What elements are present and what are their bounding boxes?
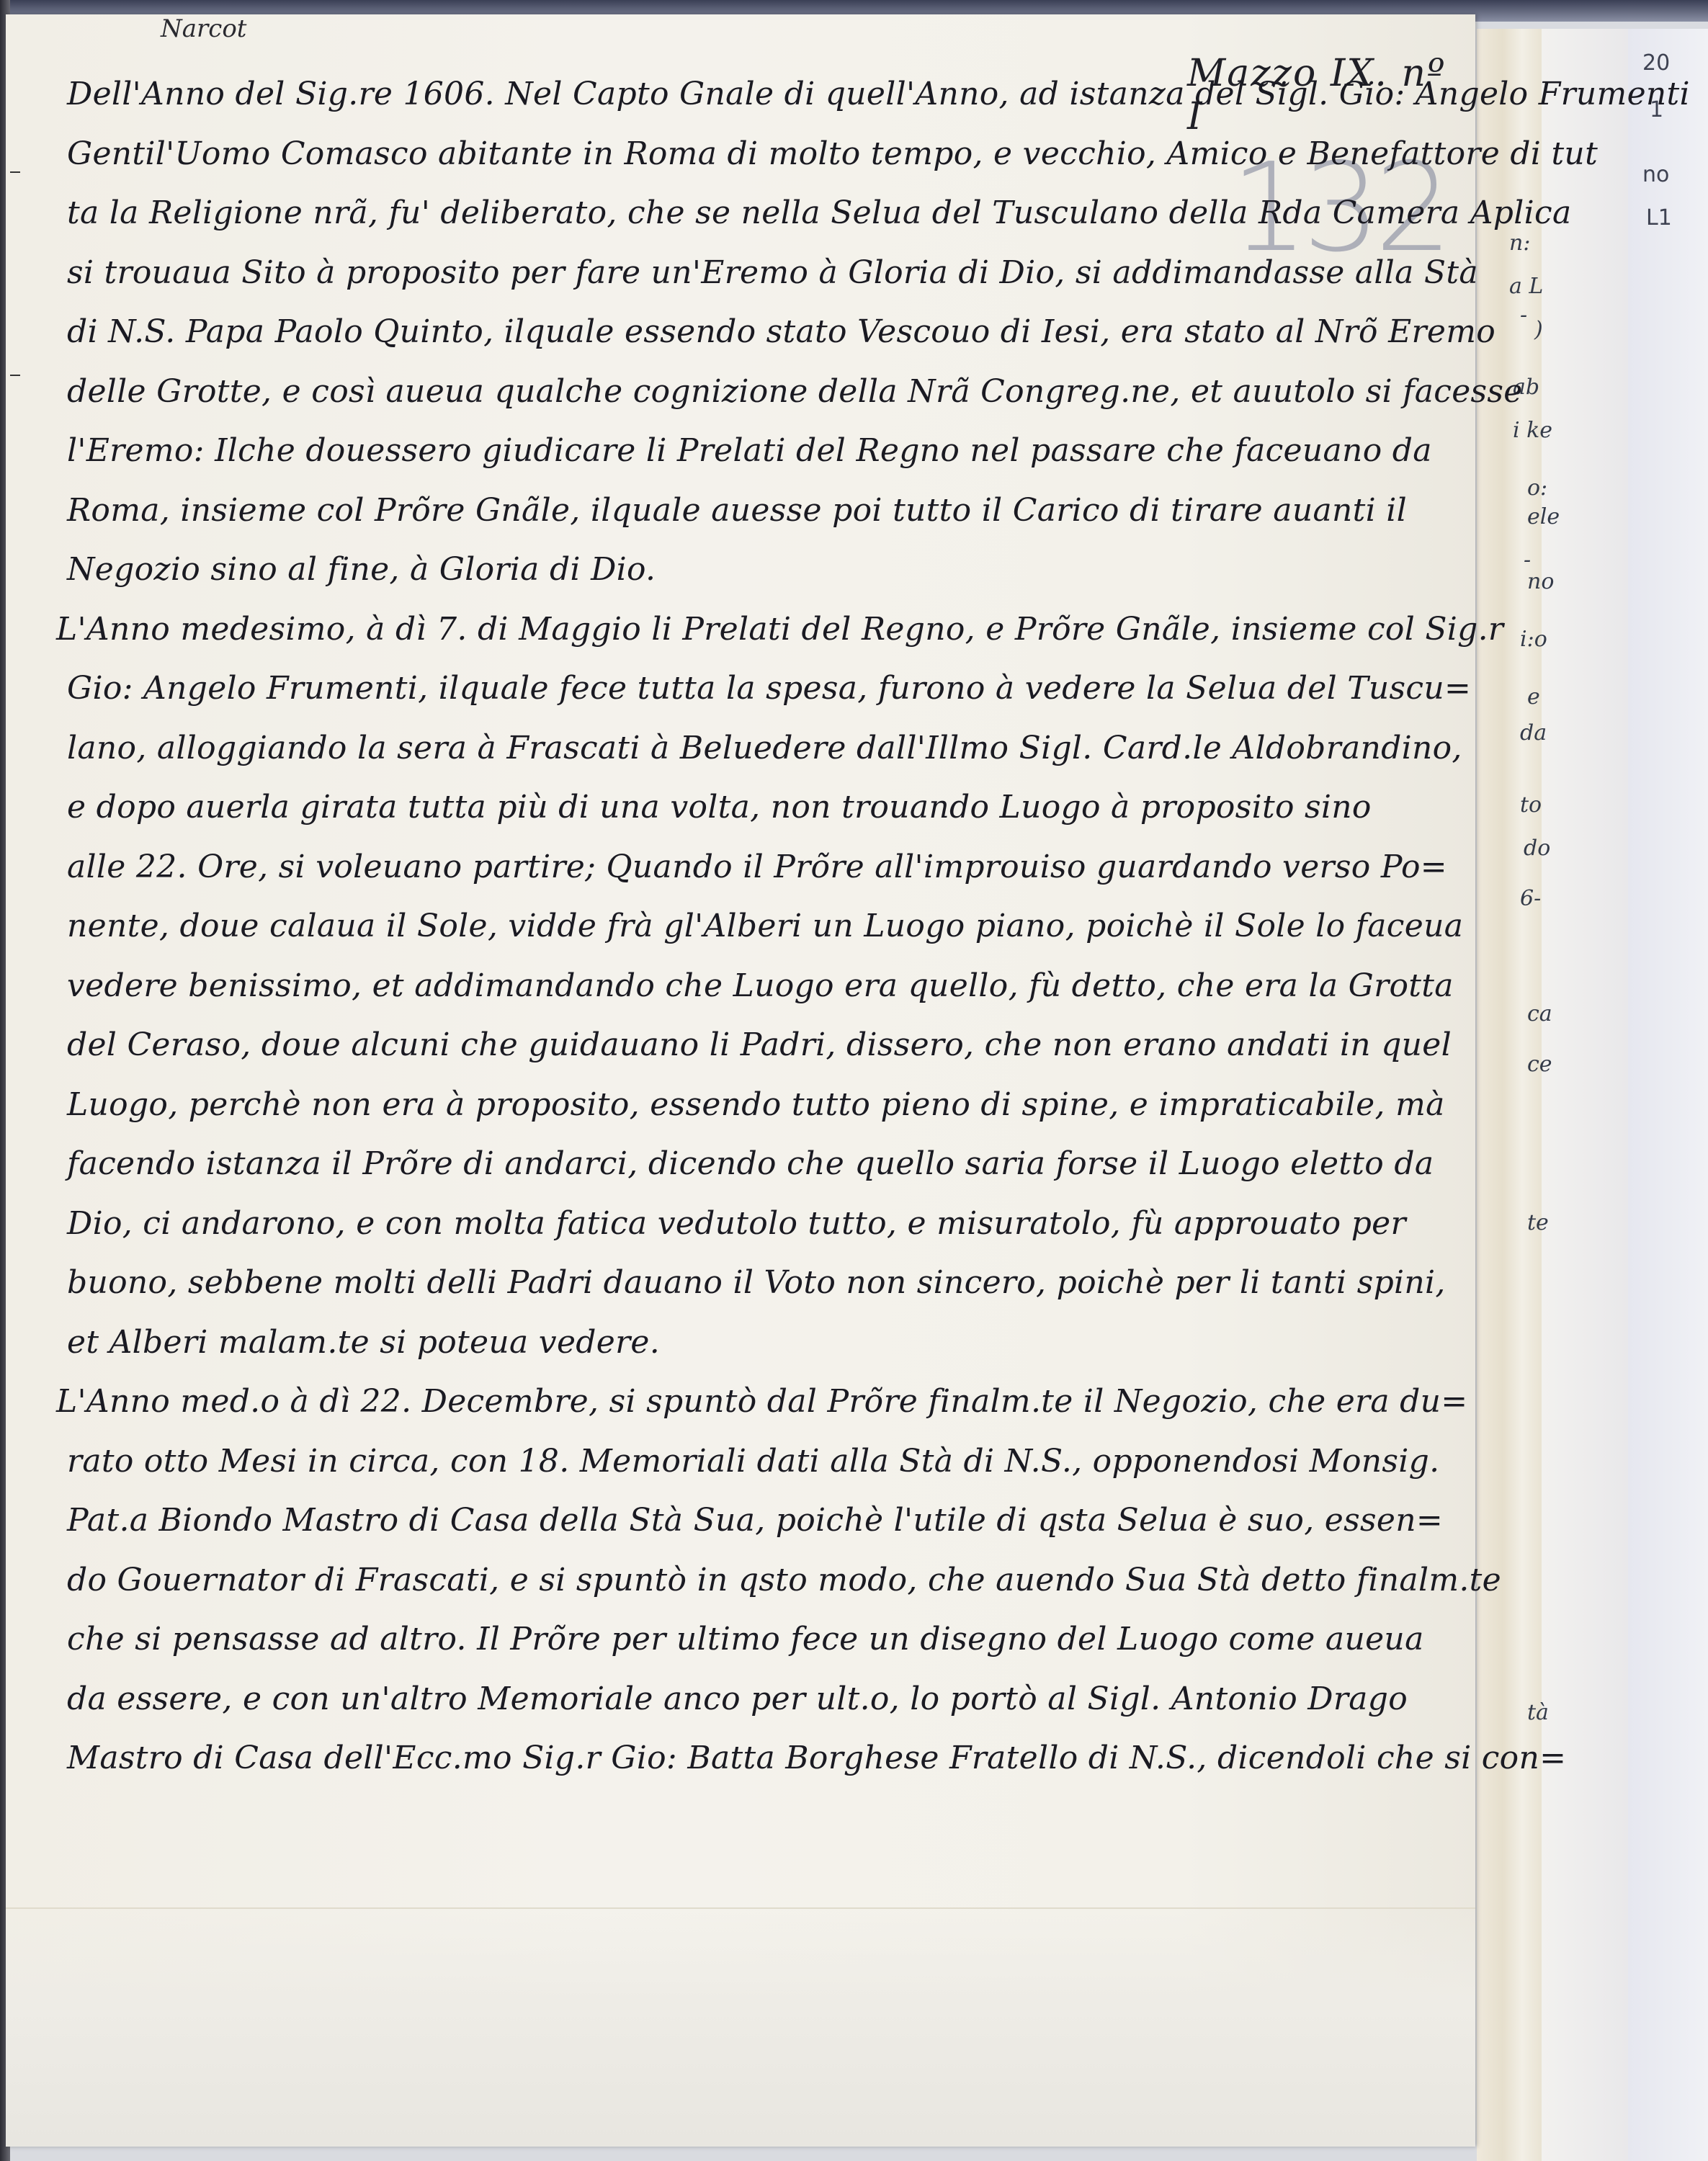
text-line: alle 22. Ore, si voleuano partire; Quand… <box>27 838 1461 898</box>
text-line: rato otto Mesi in circa, con 18. Memoria… <box>27 1432 1461 1492</box>
margin-note: no <box>1527 569 1554 594</box>
text-line: ta la Religione nrã, fu' deliberato, che… <box>27 184 1461 243</box>
text-line: Pat.a Biondo Mastro di Casa della Stà Su… <box>27 1491 1461 1551</box>
next-page-note: no <box>1642 162 1669 187</box>
text-line: Mastro di Casa dell'Ecc.mo Sig.r Gio: Ba… <box>27 1729 1461 1789</box>
margin-note: 6- <box>1520 886 1541 911</box>
margin-note: ca <box>1527 1001 1552 1026</box>
margin-note: - <box>1520 303 1527 328</box>
text-line: buono, sebbene molti delli Padri dauano … <box>27 1253 1461 1313</box>
text-line: et Alberi malam.te si poteua vedere. <box>27 1313 1461 1373</box>
margin-note: o: <box>1527 475 1547 501</box>
manuscript-text: Dell'Anno del Sig.re 1606. Nel Capto Gna… <box>27 65 1461 1789</box>
margin-note: n: <box>1509 231 1530 256</box>
folded-strip <box>1542 29 1628 2161</box>
margin-note: i:o <box>1520 627 1547 652</box>
margin-note: e <box>1527 684 1540 710</box>
next-page-note: 20 <box>1642 50 1670 76</box>
text-line: delle Grotte, e così aueua qualche cogni… <box>27 362 1461 422</box>
text-line: facendo istanza il Prõre di andarci, dic… <box>27 1135 1461 1194</box>
text-line: di N.S. Papa Paolo Quinto, ilquale essen… <box>27 303 1461 362</box>
text-line: do Gouernator di Frascati, e si spuntò i… <box>27 1551 1461 1611</box>
text-line: e dopo auerla girata tutta più di una vo… <box>27 778 1461 838</box>
margin-note: i ke <box>1513 418 1552 443</box>
text-line: lano, alloggiando la sera à Frascati à B… <box>27 719 1461 779</box>
text-line: che si pensasse ad altro. Il Prõre per u… <box>27 1610 1461 1670</box>
margin-note: da <box>1520 720 1547 746</box>
margin-note: ele <box>1527 504 1560 529</box>
text-line: vedere benissimo, et addimandando che Lu… <box>27 957 1461 1016</box>
margin-note: ce <box>1527 1052 1552 1077</box>
next-page-edge: 20 1 no L1 <box>1628 29 1708 2161</box>
next-page-note: L1 <box>1646 205 1672 231</box>
text-line: l'Eremo: Ilche douessero giudicare li Pr… <box>27 421 1461 481</box>
margin-note: a L <box>1509 274 1543 299</box>
margin-tick <box>10 375 20 376</box>
text-line: L'Anno medesimo, à dì 7. di Maggio li Pr… <box>27 600 1461 660</box>
text-line: Dio, ci andarono, e con molta fatica ved… <box>27 1194 1461 1254</box>
text-line: del Ceraso, doue alcuni che guidauano li… <box>27 1016 1461 1075</box>
margin-note: ) <box>1534 317 1543 342</box>
margin-note: tà <box>1527 1700 1549 1725</box>
text-line: L'Anno med.o à dì 22. Decembre, si spunt… <box>27 1372 1461 1432</box>
text-line: Gentil'Uomo Comasco abitante in Roma di … <box>27 125 1461 184</box>
text-line: Roma, insieme col Prõre Gnãle, ilquale a… <box>27 481 1461 541</box>
text-line: nente, doue calaua il Sole, vidde frà gl… <box>27 897 1461 957</box>
margin-note: do <box>1524 836 1550 861</box>
margin-note: te <box>1527 1210 1549 1235</box>
text-line: si trouaua Sito à proposito per fare un'… <box>27 243 1461 303</box>
text-line: Negozio sino al fine, à Gloria di Dio. <box>27 540 1461 600</box>
text-line: Luogo, perchè non era à proposito, essen… <box>27 1075 1461 1135</box>
margin-note: to <box>1520 792 1542 818</box>
margin-tick <box>10 171 20 173</box>
header-note: Narcot <box>161 14 246 43</box>
manuscript-page: Narcot Mazzo IX. nº I 132 Dell'Anno del … <box>6 14 1475 2147</box>
text-line: Dell'Anno del Sig.re 1606. Nel Capto Gna… <box>27 65 1461 125</box>
text-line: da essere, e con un'altro Memoriale anco… <box>27 1670 1461 1730</box>
text-line: Gio: Angelo Frumenti, ilquale fece tutta… <box>27 659 1461 719</box>
